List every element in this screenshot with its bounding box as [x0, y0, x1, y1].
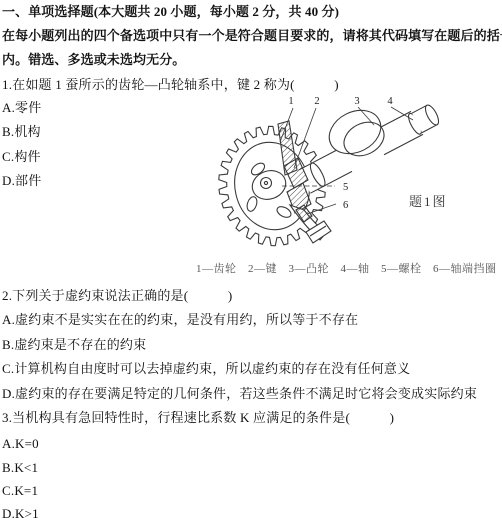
- q1-option-a: A.零件: [2, 100, 41, 116]
- question-3-text: 3.当机构具有急回特性时，行程速比系数 K 应满足的条件是( ): [2, 410, 394, 426]
- q2-option-b: B.虚约束是不存在的约束: [2, 337, 146, 353]
- part-label-6: 6: [343, 200, 348, 211]
- bolt-head: [261, 178, 272, 189]
- q1-option-b: B.机构: [2, 124, 41, 140]
- question-2-text: 2.下列关于虚约束说法正确的是( ): [2, 288, 232, 304]
- instructions-line-1: 在每小题列出的四个备选项中只有一个是符合题目要求的，请将其代码填写在题后的括号: [2, 28, 502, 44]
- q2-option-d: D.虚约束的存在要满足特定的几何条件，若这些条件不满足时它将会变成实际约束: [2, 386, 477, 402]
- q2-option-a: A.虚约束不是实实在在的约束，是没有用约，所以等于不存在: [2, 312, 358, 328]
- figure-1-drawing: 1 2 3 4 5 6 题1图: [190, 92, 502, 264]
- part-label-1: 1: [288, 96, 293, 107]
- q2-option-c: C.计算机构自由度时可以去掉虚约束，所以虚约束的存在没有任何意义: [2, 361, 410, 377]
- question-1-text: 1.在如题 1 蚕所示的齿轮—凸轮轴系中，键 2 称为( ): [2, 77, 339, 93]
- q1-option-c: C.构件: [2, 149, 41, 165]
- part-label-4: 4: [387, 96, 393, 107]
- instructions-line-2: 内。错选、多选或未选均无分。: [2, 52, 185, 68]
- q3-option-a: A.K=0: [2, 436, 39, 452]
- exam-page: 一、单项选择题(本大题共 20 小题，每小题 2 分，共 40 分) 在每小题列…: [0, 0, 502, 523]
- figure-parts-legend: 1—齿轮 2—键 3—凸轮 4—轴 5—螺栓 6—轴端挡圈: [196, 260, 497, 276]
- q3-option-b: B.K<1: [2, 460, 38, 476]
- q1-option-d: D.部件: [2, 173, 41, 189]
- figure-caption: 题1图: [409, 194, 448, 209]
- part-label-2: 2: [314, 96, 319, 107]
- section-title: 一、单项选择题(本大题共 20 小题，每小题 2 分，共 40 分): [2, 4, 339, 20]
- q3-option-d: D.K>1: [2, 506, 39, 522]
- part-label-5: 5: [343, 182, 348, 193]
- q3-option-c: C.K=1: [2, 483, 38, 499]
- part-label-3: 3: [354, 96, 359, 107]
